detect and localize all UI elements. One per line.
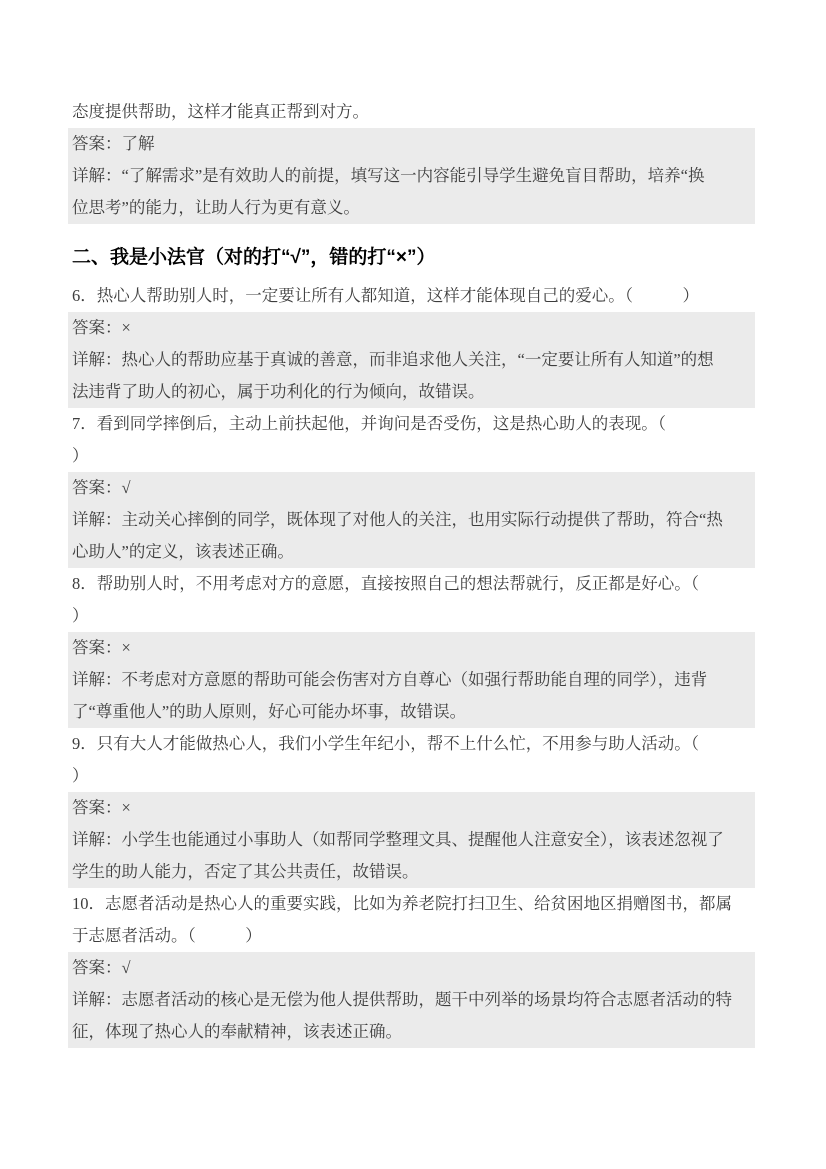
explanation-text: 志愿者活动的核心是无偿为他人提供帮助，题干中列举的场景均符合志愿者活动的特 bbox=[122, 990, 733, 1009]
question-line: ） bbox=[68, 600, 755, 632]
answer-block-q7: 答案：√ 详解：主动关心摔倒的同学，既体现了对他人的关注，也用实际行动提供了帮助… bbox=[68, 472, 755, 568]
answer-line: 答案：× bbox=[68, 312, 755, 344]
answer-line: 答案：了解 bbox=[68, 128, 755, 160]
answer-value: √ bbox=[122, 478, 131, 497]
explanation-label: 详解： bbox=[72, 670, 122, 689]
explanation-line: 详解：热心人的帮助应基于真诚的善意，而非追求他人关注，“一定要让所有人知道”的想 bbox=[68, 344, 755, 376]
explanation-label: 详解： bbox=[72, 166, 122, 185]
explanation-text: 不考虑对方意愿的帮助可能会伤害对方自尊心（如强行帮助能自理的同学），违背 bbox=[122, 670, 708, 689]
explanation-line: 详解：不考虑对方意愿的帮助可能会伤害对方自尊心（如强行帮助能自理的同学），违背 bbox=[68, 664, 755, 696]
answer-block-q8: 答案：× 详解：不考虑对方意愿的帮助可能会伤害对方自尊心（如强行帮助能自理的同学… bbox=[68, 632, 755, 728]
answer-line: 答案：× bbox=[68, 792, 755, 824]
answer-label: 答案： bbox=[72, 958, 122, 977]
document-page: 态度提供帮助，这样才能真正帮到对方。 答案：了解 详解：“了解需求”是有效助人的… bbox=[0, 0, 826, 1169]
explanation-label: 详解： bbox=[72, 350, 122, 369]
answer-line: 答案：√ bbox=[68, 952, 755, 984]
answer-value: × bbox=[122, 638, 131, 657]
question-line: 7．看到同学摔倒后，主动上前扶起他，并询问是否受伤，这是热心助人的表现。（ bbox=[68, 408, 755, 440]
explanation-line: 法违背了助人的初心，属于功利化的行为倾向，故错误。 bbox=[68, 376, 755, 408]
answer-value: √ bbox=[122, 958, 131, 977]
explanation-line: 心助人”的定义，该表述正确。 bbox=[68, 536, 755, 568]
explanation-line: 详解：小学生也能通过小事助人（如帮同学整理文具、提醒他人注意安全），该表述忽视了 bbox=[68, 824, 755, 856]
question-line: ） bbox=[68, 760, 755, 792]
answer-label: 答案： bbox=[72, 318, 122, 337]
explanation-label: 详解： bbox=[72, 830, 122, 849]
answer-value: × bbox=[122, 318, 131, 337]
explanation-text: 学生的助人能力，否定了其公共责任，故错误。 bbox=[72, 862, 419, 881]
explanation-text: 热心人的帮助应基于真诚的善意，而非追求他人关注，“一定要让所有人知道”的想 bbox=[122, 350, 714, 369]
question-line: 6．热心人帮助别人时，一定要让所有人都知道，这样才能体现自己的爱心。（ ） bbox=[68, 280, 755, 312]
answer-label: 答案： bbox=[72, 798, 122, 817]
explanation-line: 学生的助人能力，否定了其公共责任，故错误。 bbox=[68, 856, 755, 888]
explanation-text: 心助人”的定义，该表述正确。 bbox=[72, 542, 294, 561]
explanation-text: 位思考”的能力，让助人行为更有意义。 bbox=[72, 198, 360, 217]
explanation-line: 详解：志愿者活动的核心是无偿为他人提供帮助，题干中列举的场景均符合志愿者活动的特 bbox=[68, 984, 755, 1016]
explanation-text: 法违背了助人的初心，属于功利化的行为倾向，故错误。 bbox=[72, 382, 485, 401]
explanation-line: 位思考”的能力，让助人行为更有意义。 bbox=[68, 192, 755, 224]
section-heading: 二、我是小法官（对的打“√”，错的打“×”） bbox=[68, 224, 755, 280]
answer-block-intro: 答案：了解 详解：“了解需求”是有效助人的前提，填写这一内容能引导学生避免盲目帮… bbox=[68, 128, 755, 224]
explanation-text: 小学生也能通过小事助人（如帮同学整理文具、提醒他人注意安全），该表述忽视了 bbox=[122, 830, 724, 849]
question-line: 9．只有大人才能做热心人，我们小学生年纪小，帮不上什么忙，不用参与助人活动。（ bbox=[68, 728, 755, 760]
answer-label: 答案： bbox=[72, 638, 122, 657]
question-line: 8．帮助别人时，不用考虑对方的意愿，直接按照自己的想法帮就行，反正都是好心。（ bbox=[68, 568, 755, 600]
answer-block-q10: 答案：√ 详解：志愿者活动的核心是无偿为他人提供帮助，题干中列举的场景均符合志愿… bbox=[68, 952, 755, 1048]
explanation-text: 主动关心摔倒的同学，既体现了对他人的关注，也用实际行动提供了帮助，符合“热 bbox=[122, 510, 723, 529]
explanation-text: “了解需求”是有效助人的前提，填写这一内容能引导学生避免盲目帮助，培养“换 bbox=[122, 166, 705, 185]
answer-line: 答案：√ bbox=[68, 472, 755, 504]
question-line: 于志愿者活动。（ ） bbox=[68, 920, 755, 952]
question-line: 10．志愿者活动是热心人的重要实践，比如为养老院打扫卫生、给贫困地区捐赠图书，都… bbox=[68, 888, 755, 920]
answer-block-q9: 答案：× 详解：小学生也能通过小事助人（如帮同学整理文具、提醒他人注意安全），该… bbox=[68, 792, 755, 888]
explanation-line: 征，体现了热心人的奉献精神，该表述正确。 bbox=[68, 1016, 755, 1048]
answer-block-q6: 答案：× 详解：热心人的帮助应基于真诚的善意，而非追求他人关注，“一定要让所有人… bbox=[68, 312, 755, 408]
explanation-label: 详解： bbox=[72, 990, 122, 1009]
explanation-line: 了“尊重他人”的助人原则，好心可能办坏事，故错误。 bbox=[68, 696, 755, 728]
answer-value: 了解 bbox=[122, 134, 155, 153]
explanation-text: 了“尊重他人”的助人原则，好心可能办坏事，故错误。 bbox=[72, 702, 466, 721]
answer-label: 答案： bbox=[72, 134, 122, 153]
explanation-text: 征，体现了热心人的奉献精神，该表述正确。 bbox=[72, 1022, 402, 1041]
explanation-label: 详解： bbox=[72, 510, 122, 529]
answer-label: 答案： bbox=[72, 478, 122, 497]
answer-value: × bbox=[122, 798, 131, 817]
explanation-line: 详解：主动关心摔倒的同学，既体现了对他人的关注，也用实际行动提供了帮助，符合“热 bbox=[68, 504, 755, 536]
answer-line: 答案：× bbox=[68, 632, 755, 664]
question-line: ） bbox=[68, 440, 755, 472]
continuation-text: 态度提供帮助，这样才能真正帮到对方。 bbox=[68, 96, 755, 128]
explanation-line: 详解：“了解需求”是有效助人的前提，填写这一内容能引导学生避免盲目帮助，培养“换 bbox=[68, 160, 755, 192]
